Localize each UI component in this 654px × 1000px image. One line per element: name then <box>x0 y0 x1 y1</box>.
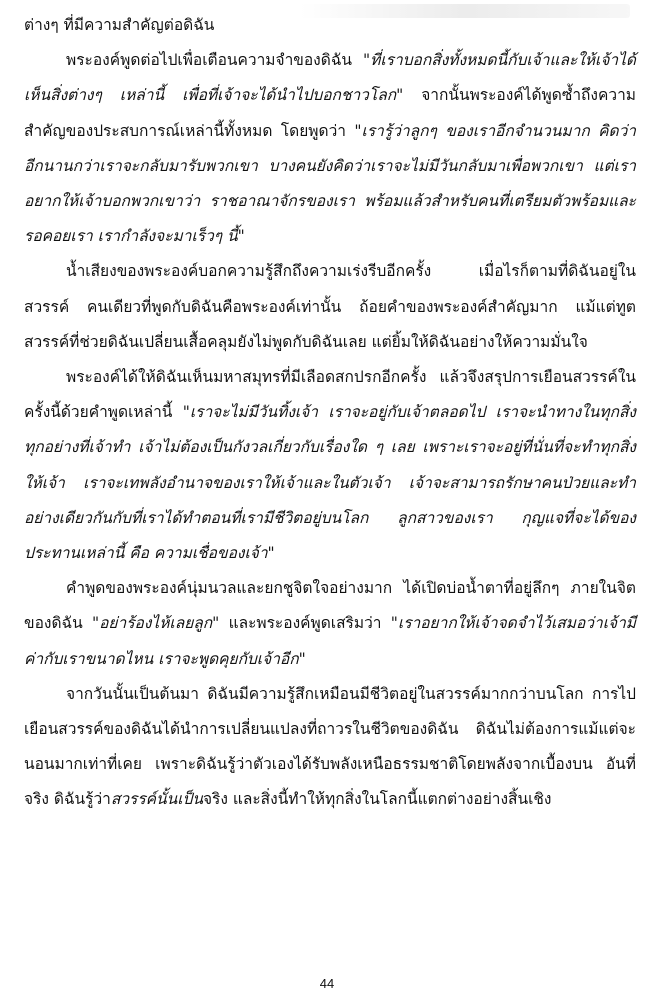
paragraph-5: จากวันนั้นเป็นต้นมา ดิฉันมีความรู้สึกเหม… <box>24 677 636 818</box>
text-segment: และพระองค์พูดเสริมว่า <box>219 614 390 632</box>
quote-segment: "อย่าร้องไห้เลยลูก" <box>92 614 219 632</box>
paragraph-1: พระองค์พูดต่อไปเพื่อเตือนความจำของดิฉัน … <box>24 43 636 254</box>
page-number: 44 <box>0 976 654 991</box>
text-segment: พระองค์พูดต่อไปเพื่อเตือนความจำของดิฉัน <box>66 51 363 69</box>
paragraph-3: พระองค์ได้ให้ดิฉันเห็นมหาสมุทรที่มีเลือด… <box>24 360 636 571</box>
paragraph-4: คำพูดของพระองค์นุ่มนวลและยกชูจิตใจอย่างม… <box>24 571 636 677</box>
text-segment: น้ำเสียงของพระองค์บอกความรู้สึกถึงความเร… <box>24 262 636 350</box>
text-segment: ต่างๆ ที่มีความสำคัญต่อดิฉัน <box>24 16 214 34</box>
paragraph-2: น้ำเสียงของพระองค์บอกความรู้สึกถึงความเร… <box>24 254 636 360</box>
paragraph-0: ต่างๆ ที่มีความสำคัญต่อดิฉัน <box>24 8 636 43</box>
quote-segment: สวรรค์นั้นเป็น <box>111 790 203 808</box>
quote-segment: "เรารู้ว่าลูกๆ ของเราอีกจำนวนมาก คิดว่าอ… <box>24 122 636 246</box>
quote-segment: "เราจะไม่มีวันทิ้งเจ้า เราจะอยู่กับเจ้าต… <box>24 403 636 562</box>
text-segment: จริง และสิ่งนี้ทำให้ทุกสิ่งในโลกนี้แตกต่… <box>203 790 552 808</box>
page-body: ต่างๆ ที่มีความสำคัญต่อดิฉัน พระองค์พูดต… <box>24 8 636 818</box>
